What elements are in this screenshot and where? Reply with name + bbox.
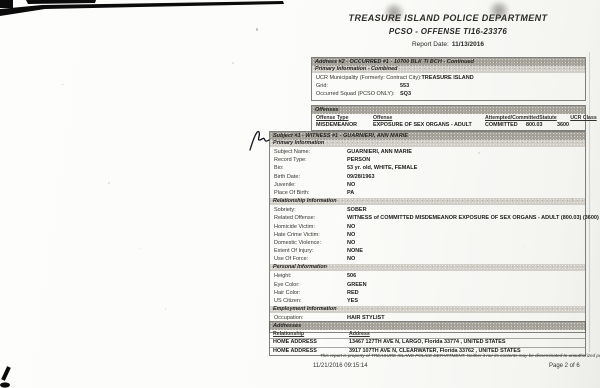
- field-row: Occurred Squad (PCSO ONLY): SQ3: [312, 90, 585, 98]
- field-row: Hate Crime Victim: NO: [270, 231, 585, 239]
- subsection-header-bar: Relationship Information: [270, 198, 585, 205]
- scan-speck: [165, 308, 166, 310]
- field-list: Height: 506 Eye Color: GREEN Hair Color:…: [270, 271, 585, 306]
- column-header: Relationship: [273, 331, 349, 338]
- offense-column-headers: Offense TypeOffenseAttempted/CommittedSt…: [312, 115, 585, 122]
- pen-scribble: [250, 131, 269, 150]
- field-label: Place Of Birth:: [274, 189, 347, 197]
- field-label: Sobriety:: [274, 206, 347, 214]
- field-list: UCR Municipality (Formerly: Contract Cit…: [312, 73, 585, 100]
- section-header-bar: Offenses: [312, 106, 585, 114]
- field-row: Homicide Victim: NO: [270, 223, 585, 231]
- field-value: SOBER: [347, 206, 367, 214]
- column-header: Offense Type: [316, 115, 373, 122]
- field-label: Juvenile:: [274, 181, 347, 189]
- scan-speck: [62, 84, 64, 85]
- field-label: Homicide Victim:: [274, 223, 347, 231]
- field-value: NO: [347, 255, 355, 263]
- address-row: HOME ADDRESS 13467 127TH AVE N, LARGO, F…: [270, 338, 585, 346]
- field-value: TREASURE ISLAND: [421, 74, 473, 82]
- fingerprint-smudge: [384, 4, 404, 21]
- field-row: UCR Municipality (Formerly: Contract Cit…: [312, 74, 585, 82]
- section-header-bar: Addresses: [270, 322, 585, 330]
- field-row: Domestic Violence: NO: [270, 239, 585, 247]
- column-header: UCR Class: [570, 115, 597, 122]
- column-header: Offense: [373, 115, 485, 122]
- column-header: Address: [349, 331, 582, 338]
- report-date: Report Date:11/13/2016: [300, 41, 596, 48]
- field-value: PA: [347, 189, 354, 197]
- address-column-headers: RelationshipAddress: [270, 331, 585, 338]
- field-value: 506: [347, 272, 356, 280]
- field-label: Extent Of Injury:: [274, 247, 347, 255]
- field-value: SQ3: [400, 90, 411, 98]
- relationship-cell: HOME ADDRESS: [273, 339, 349, 346]
- scan-speck: [140, 248, 141, 249]
- scan-speck: [524, 246, 525, 247]
- report-date-label: Report Date:: [412, 41, 449, 48]
- field-label: Subject Name:: [274, 148, 347, 156]
- offense-rows: MISDEMEANOR EXPOSURE OF SEX ORGANS - ADU…: [312, 122, 585, 129]
- report-header: TREASURE ISLAND POLICE DEPARTMENT PCSO -…: [300, 13, 596, 48]
- field-row: Grid: 553: [312, 82, 585, 90]
- field-row: Height: 506: [270, 272, 585, 280]
- subsection-header-bar: Personal Information: [270, 264, 585, 271]
- department-name: TREASURE ISLAND POLICE DEPARTMENT: [300, 13, 596, 23]
- disclaimer-text: This report is property of TREASURE ISLA…: [320, 353, 570, 358]
- field-label: Bio:: [274, 164, 347, 172]
- field-row: Juvenile: NO: [270, 181, 585, 189]
- field-value: 553: [400, 82, 409, 90]
- field-label: UCR Municipality (Formerly: Contract Cit…: [316, 74, 421, 82]
- field-label: Use Of Force:: [274, 255, 347, 263]
- field-value: NO: [347, 239, 355, 247]
- scan-blotch: [0, 0, 13, 8]
- field-row: Eye Color: GREEN: [270, 281, 585, 289]
- field-value: NO: [347, 223, 355, 231]
- page-number: Page 2 of 6: [549, 363, 580, 369]
- scan-streak-top: [26, 0, 96, 4]
- field-value: NONE: [347, 247, 363, 255]
- scan-speck: [108, 182, 110, 184]
- field-row: Extent Of Injury: NONE: [270, 247, 585, 255]
- offenses-section: Offenses Offense TypeOffenseAttempted/Co…: [311, 105, 586, 131]
- field-value: PERSON: [347, 156, 370, 164]
- fingerprint-smudge: [489, 2, 509, 19]
- statute-cell: 800.03: [526, 122, 557, 129]
- field-label: Record Type:: [274, 156, 347, 164]
- field-value: NO: [347, 181, 355, 189]
- section-header-bar: Address #2 - OCCURRED #1 - 10700 BLK TI …: [312, 58, 585, 66]
- column-header: Statute: [539, 115, 570, 122]
- field-label: Eye Color:: [274, 281, 347, 289]
- offense-type-cell: MISDEMEANOR: [316, 122, 373, 129]
- field-row: Hair Color: RED: [270, 289, 585, 297]
- scan-streak-diagonal: [0, 1, 284, 16]
- field-value: WITNESS of COMMITTED MISDEMEANOR EXPOSUR…: [347, 214, 599, 222]
- field-row: Bio: 53 yr. old, WHITE, FEMALE: [270, 164, 585, 172]
- field-row: Related Offense: WITNESS of COMMITTED MI…: [270, 214, 585, 222]
- subject-section: Subject #1 - WITNESS #1 - GUARNIERI, ANN…: [269, 131, 586, 333]
- scan-speck: [571, 198, 573, 200]
- scanned-report-page: TREASURE ISLAND POLICE DEPARTMENT PCSO -…: [0, 0, 600, 388]
- field-label: US Citizen:: [274, 297, 347, 305]
- field-row: Place Of Birth: PA: [270, 189, 585, 197]
- field-label: Birth Date:: [274, 173, 347, 181]
- field-value: GUARNIERI, ANN MARIE: [347, 148, 412, 156]
- column-header: Attempted/Committed: [485, 115, 539, 122]
- field-row: Subject Name: GUARNIERI, ANN MARIE: [270, 148, 585, 156]
- scan-speck: [478, 152, 480, 154]
- field-label: Hate Crime Victim:: [274, 231, 347, 239]
- field-value: RED: [347, 289, 359, 297]
- scan-speck: [232, 62, 234, 64]
- field-label: Domestic Violence:: [274, 239, 347, 247]
- field-label: Occurred Squad (PCSO ONLY):: [316, 90, 400, 98]
- section-header-bar: Subject #1 - WITNESS #1 - GUARNIERI, ANN…: [270, 132, 585, 140]
- field-label: Hair Color:: [274, 289, 347, 297]
- report-date-value: 11/13/2016: [452, 41, 484, 48]
- field-label: Height:: [274, 272, 347, 280]
- subsection-header-bar: Primary Information: [270, 140, 585, 147]
- field-value: NO: [347, 231, 355, 239]
- attempted-committed-cell: COMMITTED: [485, 122, 526, 129]
- field-label: Grid:: [316, 82, 400, 90]
- address-cell: 13467 127TH AVE N, LARGO, Florida 33774 …: [349, 339, 582, 346]
- field-value: 09/28/1963: [347, 173, 375, 181]
- field-row: US Citizen: YES: [270, 297, 585, 305]
- field-row: Sobriety: SOBER: [270, 206, 585, 214]
- field-list: Subject Name: GUARNIERI, ANN MARIE Recor…: [270, 147, 585, 198]
- field-value: GREEN: [347, 281, 367, 289]
- address-occurred-section: Address #2 - OCCURRED #1 - 10700 BLK TI …: [311, 57, 586, 101]
- page-edge-line: [589, 52, 590, 352]
- field-row: Use Of Force: NO: [270, 255, 585, 263]
- offense-cell: EXPOSURE OF SEX ORGANS - ADULT: [373, 122, 485, 129]
- scan-speck: [256, 28, 258, 31]
- field-row: Birth Date: 09/28/1963: [270, 173, 585, 181]
- field-value: 53 yr. old, WHITE, FEMALE: [347, 164, 417, 172]
- scan-speck: [352, 298, 354, 299]
- scan-dot-bottom-left: [0, 382, 10, 387]
- print-timestamp: 11/21/2016 09:15:14: [313, 363, 368, 369]
- addresses-section: Addresses RelationshipAddress HOME ADDRE…: [269, 321, 586, 356]
- report-title: PCSO - OFFENSE TI16-23376: [300, 27, 596, 36]
- ucr-class-cell: 3600: [557, 122, 581, 129]
- field-row: Record Type: PERSON: [270, 156, 585, 164]
- scan-mark-bottom-left: [3, 367, 9, 380]
- subsection-header-bar: Employment Information: [270, 306, 585, 313]
- field-list: Sobriety: SOBER Related Offense: WITNESS…: [270, 205, 585, 264]
- field-label: Related Offense:: [274, 214, 347, 222]
- subsection-header-bar: Primary Information - Combined: [312, 66, 585, 73]
- offense-row: MISDEMEANOR EXPOSURE OF SEX ORGANS - ADU…: [312, 122, 585, 129]
